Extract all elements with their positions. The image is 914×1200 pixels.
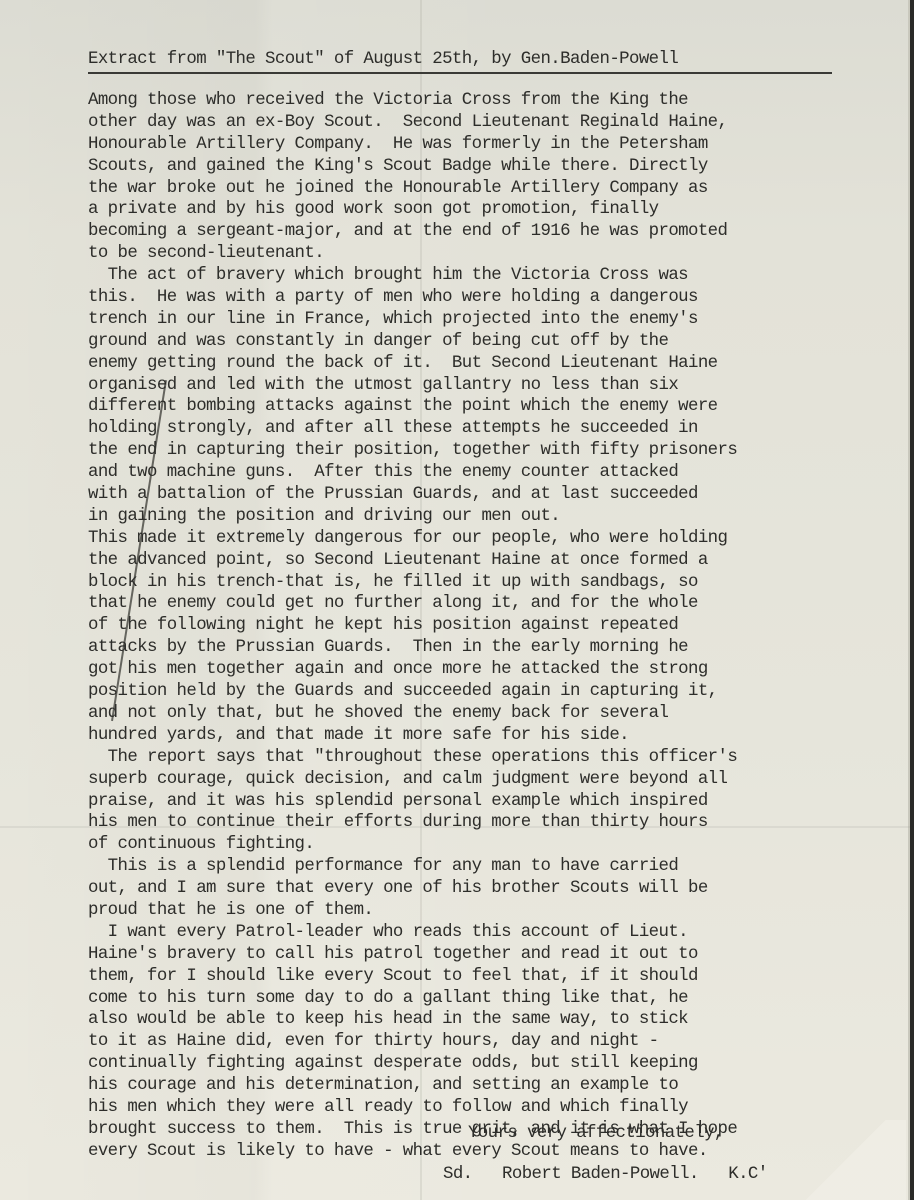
- body-text: Among those who received the Victoria Cr…: [88, 90, 908, 1163]
- body-line: a private and by his good work soon got …: [88, 199, 908, 221]
- body-line: ground and was constantly in danger of b…: [88, 331, 908, 353]
- body-line: becoming a sergeant-major, and at the en…: [88, 221, 908, 243]
- body-line: Among those who received the Victoria Cr…: [88, 90, 908, 112]
- body-line: praise, and it was his splendid personal…: [88, 791, 908, 813]
- body-line: trench in our line in France, which proj…: [88, 309, 908, 331]
- body-line: and two machine guns. After this the ene…: [88, 462, 908, 484]
- body-line: Honourable Artillery Company. He was for…: [88, 134, 908, 156]
- body-line: every Scout is likely to have - what eve…: [88, 1141, 908, 1163]
- body-line: The act of bravery which brought him the…: [88, 265, 908, 287]
- body-line: and not only that, but he shoved the ene…: [88, 703, 908, 725]
- body-line: to it as Haine did, even for thirty hour…: [88, 1031, 908, 1053]
- body-line: superb courage, quick decision, and calm…: [88, 769, 908, 791]
- body-line: come to his turn some day to do a gallan…: [88, 988, 908, 1010]
- body-line: out, and I am sure that every one of his…: [88, 878, 908, 900]
- body-line: position held by the Guards and succeede…: [88, 681, 908, 703]
- body-line: with a battalion of the Prussian Guards,…: [88, 484, 908, 506]
- body-line: hundred yards, and that made it more saf…: [88, 725, 908, 747]
- body-line: I want every Patrol-leader who reads thi…: [88, 922, 908, 944]
- body-line: attacks by the Prussian Guards. Then in …: [88, 637, 908, 659]
- body-line: different bombing attacks against the po…: [88, 396, 908, 418]
- body-line: his men to continue their efforts during…: [88, 812, 908, 834]
- body-line: This made it extremely dangerous for our…: [88, 528, 908, 550]
- body-line: that he enemy could get no further along…: [88, 593, 908, 615]
- body-line: other day was an ex-Boy Scout. Second Li…: [88, 112, 908, 134]
- body-line: the end in capturing their position, tog…: [88, 440, 908, 462]
- body-line: Haine's bravery to call his patrol toget…: [88, 944, 908, 966]
- body-line: the war broke out he joined the Honourab…: [88, 178, 908, 200]
- body-line: to be second-lieutenant.: [88, 243, 908, 265]
- body-line: of the following night he kept his posit…: [88, 615, 908, 637]
- body-line: also would be able to keep his head in t…: [88, 1009, 908, 1031]
- body-line: in gaining the position and driving our …: [88, 506, 908, 528]
- body-line: organised and led with the utmost gallan…: [88, 375, 908, 397]
- body-line: them, for I should like every Scout to f…: [88, 966, 908, 988]
- body-line: This is a splendid performance for any m…: [88, 856, 908, 878]
- body-line: The report says that "throughout these o…: [88, 747, 908, 769]
- body-line: this. He was with a party of men who wer…: [88, 287, 908, 309]
- document-title: Extract from "The Scout" of August 25th,…: [88, 48, 832, 74]
- body-line: his courage and his determination, and s…: [88, 1075, 908, 1097]
- signature-line: Sd. Robert Baden-Powell. K.C': [443, 1165, 768, 1184]
- document-body: Extract from "The Scout" of August 25th,…: [88, 48, 908, 1163]
- body-line: of continuous fighting.: [88, 834, 908, 856]
- typed-letter-page: Extract from "The Scout" of August 25th,…: [0, 0, 910, 1200]
- closing-salutation: Yours very affectionately,: [468, 1124, 724, 1143]
- body-line: proud that he is one of them.: [88, 900, 908, 922]
- body-line: enemy getting round the back of it. But …: [88, 353, 908, 375]
- body-line: Scouts, and gained the King's Scout Badg…: [88, 156, 908, 178]
- body-line: continually fighting against desperate o…: [88, 1053, 908, 1075]
- body-line: got his men together again and once more…: [88, 659, 908, 681]
- body-line: his men which they were all ready to fol…: [88, 1097, 908, 1119]
- body-line: the advanced point, so Second Lieutenant…: [88, 550, 908, 572]
- body-line: block in his trench-that is, he filled i…: [88, 572, 908, 594]
- body-line: holding strongly, and after all these at…: [88, 418, 908, 440]
